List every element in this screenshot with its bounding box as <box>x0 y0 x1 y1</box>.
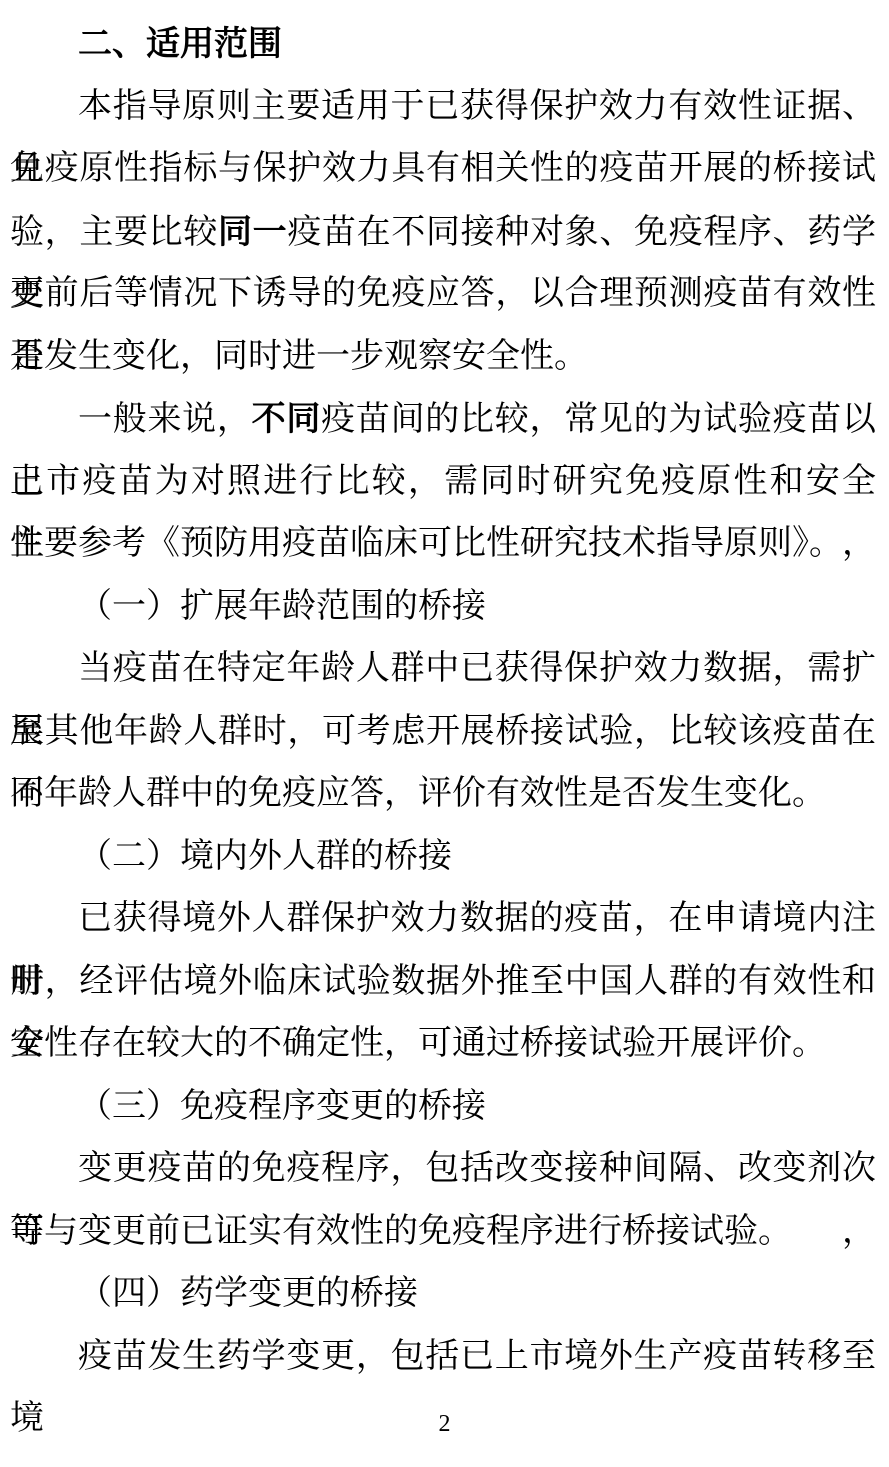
body-line: 验，主要比较同一疫苗在不同接种对象、免疫程序、药学变 <box>10 201 876 264</box>
emphasis-text: 不同 <box>252 400 321 438</box>
body-line: 当疫苗在特定年龄人群中已获得保护效力数据，需扩展 <box>10 638 876 701</box>
text-run: 主要参考《预防用疫苗临床可比性研究技术指导原则》。 <box>10 525 843 562</box>
document-page: 二、适用范围本指导原则主要适用于已获得保护效力有效性证据、且免疫原性指标与保护效… <box>0 0 889 1467</box>
text-run: 全性存在较大的不确定性，可通过桥接试验开展评价。 <box>10 1025 826 1062</box>
body-line: 主要参考《预防用疫苗临床可比性研究技术指导原则》。 <box>10 513 876 576</box>
text-run: 可与变更前已证实有效性的免疫程序进行桥接试验。 <box>10 1213 792 1250</box>
text-run: （一）扩展年龄范围的桥接 <box>78 588 486 625</box>
subsection-heading: （一）扩展年龄范围的桥接 <box>10 576 876 639</box>
document-text: 二、适用范围本指导原则主要适用于已获得保护效力有效性证据、且免疫原性指标与保护效… <box>0 0 889 1388</box>
page-footer: 2 <box>0 1400 889 1448</box>
text-run: （三）免疫程序变更的桥接 <box>78 1088 486 1125</box>
text-run: 一般来说， <box>78 401 252 438</box>
body-line: 免疫原性指标与保护效力具有相关性的疫苗开展的桥接试 <box>10 138 876 201</box>
text-run: 验，主要比较 <box>10 214 218 251</box>
body-line: 一般来说，不同疫苗间的比较，常见的为试验疫苗以已 <box>10 388 876 451</box>
body-line: 时，经评估境外临床试验数据外推至中国人群的有效性和安 <box>10 951 876 1014</box>
body-line: 变更疫苗的免疫程序，包括改变接种间隔、改变剂次等， <box>10 1138 876 1201</box>
emphasis-text: 二、适用范围 <box>78 25 282 63</box>
emphasis-text: 同一 <box>218 213 287 251</box>
text-run: （四）药学变更的桥接 <box>78 1275 418 1312</box>
body-line: 否发生变化，同时进一步观察安全性。 <box>10 326 876 389</box>
body-line: 可与变更前已证实有效性的免疫程序进行桥接试验。 <box>10 1201 876 1264</box>
body-line: 本指导原则主要适用于已获得保护效力有效性证据、且 <box>10 76 876 139</box>
body-line: 至其他年龄人群时，可考虑开展桥接试验，比较该疫苗在不 <box>10 701 876 764</box>
page-number: 2 <box>439 1411 451 1437</box>
body-line: 疫苗发生药学变更，包括已上市境外生产疫苗转移至境 <box>10 1326 876 1389</box>
body-line: 上市疫苗为对照进行比较，需同时研究免疫原性和安全性， <box>10 451 876 514</box>
text-run: （二）境内外人群的桥接 <box>78 838 452 875</box>
subsection-heading: （四）药学变更的桥接 <box>10 1263 876 1326</box>
section-heading: 二、适用范围 <box>10 13 876 76</box>
body-line: 已获得境外人群保护效力数据的疫苗，在申请境内注册 <box>10 888 876 951</box>
text-run: 免疫原性指标与保护效力具有相关性的疫苗开展的桥接试 <box>10 150 876 187</box>
body-line: 全性存在较大的不确定性，可通过桥接试验开展评价。 <box>10 1013 876 1076</box>
text-run: 同年龄人群中的免疫应答，评价有效性是否发生变化。 <box>10 775 826 812</box>
body-line: 更前后等情况下诱导的免疫应答，以合理预测疫苗有效性是 <box>10 263 876 326</box>
body-line: 同年龄人群中的免疫应答，评价有效性是否发生变化。 <box>10 763 876 826</box>
text-run: 否发生变化，同时进一步观察安全性。 <box>10 338 588 375</box>
subsection-heading: （二）境内外人群的桥接 <box>10 826 876 889</box>
subsection-heading: （三）免疫程序变更的桥接 <box>10 1076 876 1139</box>
